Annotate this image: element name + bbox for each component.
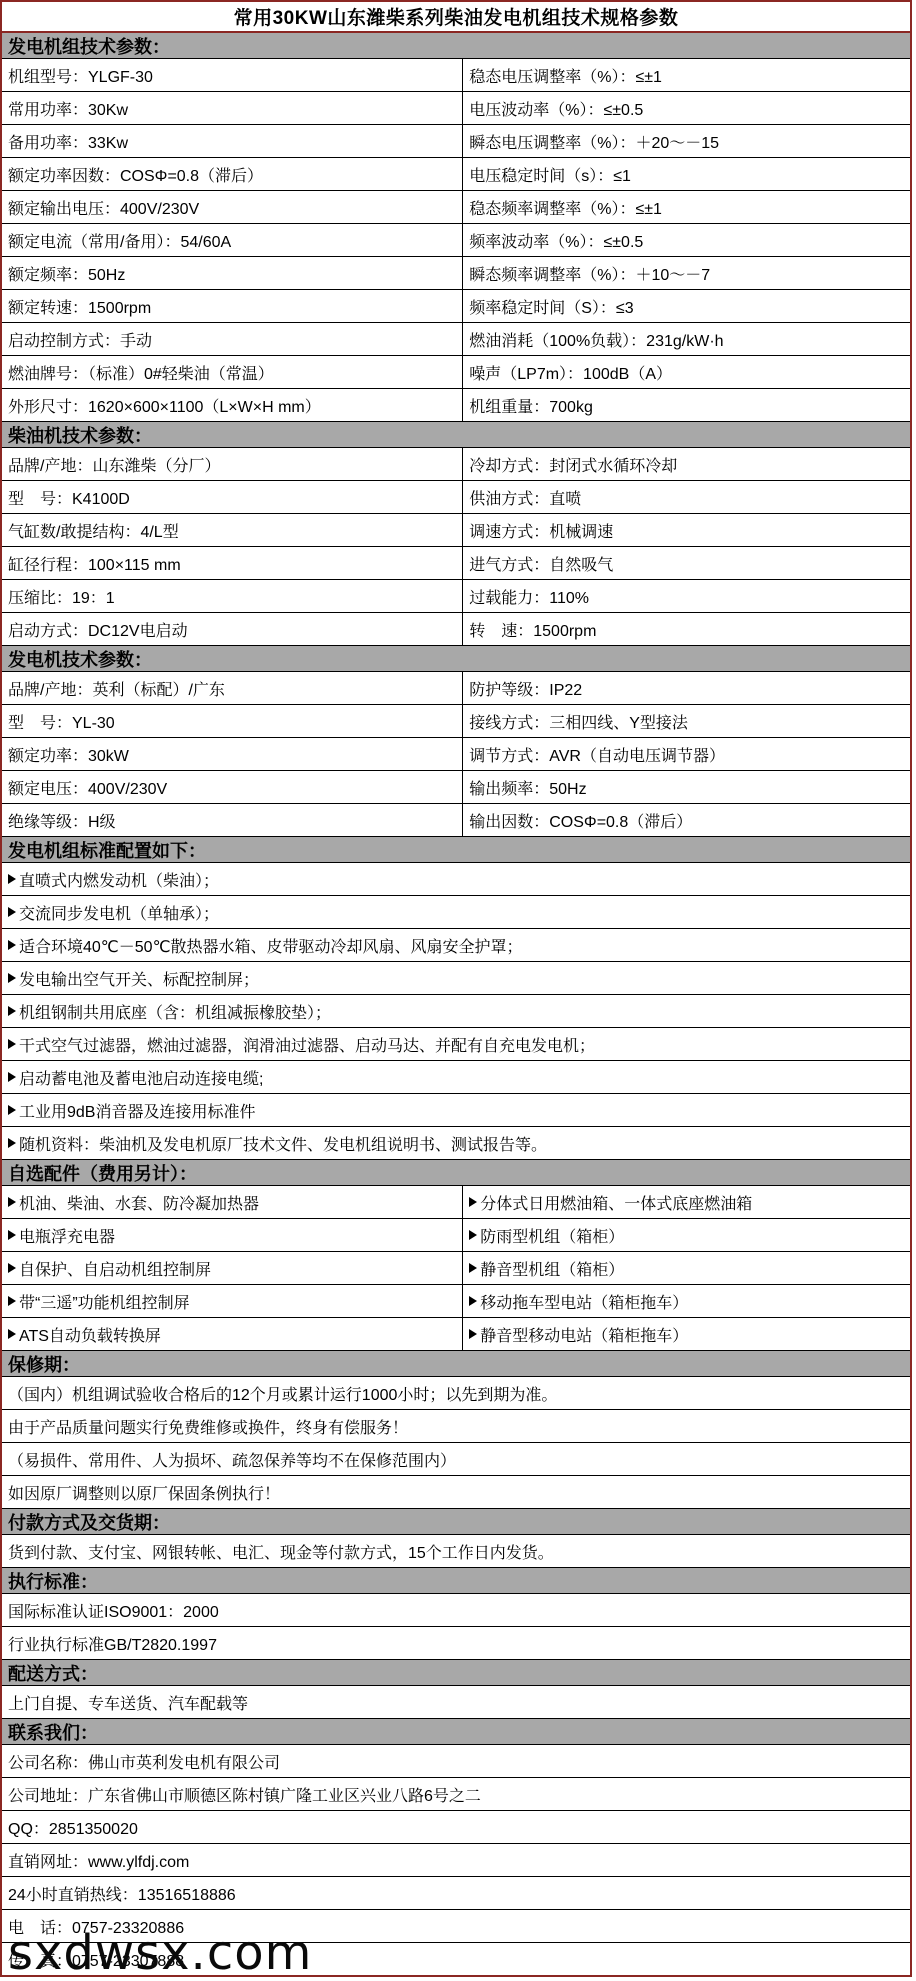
spec-cell-right: 静音型移动电站（箱柜拖车） bbox=[463, 1318, 910, 1350]
cell-text: 交流同步发电机（单轴承）； bbox=[19, 901, 219, 924]
spec-cell-full: 货到付款、支付宝、网银转帐、电汇、现金等付款方式，15个工作日内发货。 bbox=[2, 1535, 910, 1567]
cell-text: 稳态频率调整率（%）：≤±1 bbox=[469, 196, 662, 219]
table-row: 常用功率：30Kw电压波动率（%）：≤±0.5 bbox=[2, 92, 910, 125]
cell-text: 启动蓄电池及蓄电池启动连接电缆; bbox=[19, 1066, 263, 1089]
table-row: 公司名称：佛山市英利发电机有限公司 bbox=[2, 1745, 910, 1778]
cell-text: ATS自动负载转换屏 bbox=[19, 1323, 161, 1346]
spec-cell-left: 型 号：K4100D bbox=[2, 481, 463, 513]
table-row: 直喷式内燃发动机（柴油）； bbox=[2, 863, 910, 896]
table-row: 启动蓄电池及蓄电池启动连接电缆; bbox=[2, 1061, 910, 1094]
spec-cell-full: 如因原厂调整则以原厂保固条例执行！ bbox=[2, 1476, 910, 1508]
section-header: 配送方式： bbox=[2, 1660, 910, 1686]
spec-cell-right: 转 速：1500rpm bbox=[463, 613, 910, 645]
arrow-bullet-icon bbox=[8, 1263, 16, 1273]
spec-cell-left: 绝缘等级：H级 bbox=[2, 804, 463, 836]
spec-cell-full: 上门自提、专车送货、汽车配载等 bbox=[2, 1686, 910, 1718]
section-header: 保修期： bbox=[2, 1351, 910, 1377]
cell-text: 输出因数：COSΦ=0.8（滞后） bbox=[469, 809, 692, 832]
cell-text: 燃油消耗（100%负载）：231g/kW·h bbox=[469, 328, 723, 351]
cell-text: （易损件、常用件、人为损坏、疏忽保养等均不在保修范围内） bbox=[8, 1448, 456, 1471]
spec-cell-right: 稳态频率调整率（%）：≤±1 bbox=[463, 191, 910, 223]
arrow-bullet-icon bbox=[8, 1296, 16, 1306]
cell-text: 常用功率：30Kw bbox=[8, 97, 128, 120]
cell-text: 上门自提、专车送货、汽车配载等 bbox=[8, 1691, 248, 1714]
cell-text: 传 真：0757-23307888 bbox=[8, 1948, 184, 1971]
section-header: 付款方式及交货期： bbox=[2, 1509, 910, 1535]
spec-cell-right: 燃油消耗（100%负载）：231g/kW·h bbox=[463, 323, 910, 355]
table-row: 自保护、自启动机组控制屏静音型机组（箱柜） bbox=[2, 1252, 910, 1285]
table-row: 24小时直销热线：13516518886 bbox=[2, 1877, 910, 1910]
section-header: 执行标准： bbox=[2, 1568, 910, 1594]
arrow-bullet-icon bbox=[8, 1006, 16, 1016]
cell-text: 备用功率：33Kw bbox=[8, 130, 128, 153]
spec-cell-left: 燃油牌号：（标准）0#轻柴油（常温） bbox=[2, 356, 463, 388]
spec-cell-full: 工业用9dB消音器及连接用标准件 bbox=[2, 1094, 910, 1126]
section-header-label: 发电机组标准配置如下： bbox=[8, 837, 206, 863]
table-row: 型 号：YL-30接线方式：三相四线、Y型接法 bbox=[2, 705, 910, 738]
cell-text: 冷却方式：封闭式水循环冷却 bbox=[469, 453, 677, 476]
spec-cell-full: 由于产品质量问题实行免费维修或换件，终身有偿服务！ bbox=[2, 1410, 910, 1442]
section-header: 发电机组标准配置如下： bbox=[2, 837, 910, 863]
page-title: 常用30KW山东潍柴系列柴油发电机组技术规格参数 bbox=[2, 2, 910, 33]
cell-text: 品牌/产地：英利（标配）/广东 bbox=[8, 677, 225, 700]
cell-text: 国际标准认证ISO9001：2000 bbox=[8, 1599, 219, 1622]
cell-text: 型 号：K4100D bbox=[8, 486, 130, 509]
table-row: 工业用9dB消音器及连接用标准件 bbox=[2, 1094, 910, 1127]
section-header-label: 保修期： bbox=[8, 1351, 80, 1377]
spec-cell-full: 公司地址：广东省佛山市顺德区陈村镇广隆工业区兴业八路6号之二 bbox=[2, 1778, 910, 1810]
table-row: 直销网址：www.ylfdj.com bbox=[2, 1844, 910, 1877]
table-row: 传 真：0757-23307888 bbox=[2, 1943, 910, 1975]
table-row: 缸径行程：100×115 mm进气方式：自然吸气 bbox=[2, 547, 910, 580]
section-header: 自选配件（费用另计）： bbox=[2, 1160, 910, 1186]
cell-text: 干式空气过滤器，燃油过滤器，润滑油过滤器、启动马达、并配有自充电发电机； bbox=[19, 1033, 595, 1056]
arrow-bullet-icon bbox=[8, 1138, 16, 1148]
table-row: 启动方式：DC12V电启动转 速：1500rpm bbox=[2, 613, 910, 646]
cell-text: 24小时直销热线：13516518886 bbox=[8, 1882, 236, 1905]
cell-text: 过载能力：110% bbox=[469, 585, 589, 608]
spec-cell-left: 额定功率因数：COSΦ=0.8（滞后） bbox=[2, 158, 463, 190]
table-row: 国际标准认证ISO9001：2000 bbox=[2, 1594, 910, 1627]
table-row: 外形尺寸：1620×600×1100（L×W×H mm）机组重量：700kg bbox=[2, 389, 910, 422]
table-row: 燃油牌号：（标准）0#轻柴油（常温）噪声（LP7m）：100dB（A） bbox=[2, 356, 910, 389]
spec-cell-right: 瞬态电压调整率（%）：＋20～－15 bbox=[463, 125, 910, 157]
spec-cell-full: QQ：2851350020 bbox=[2, 1811, 910, 1843]
spec-cell-full: 国际标准认证ISO9001：2000 bbox=[2, 1594, 910, 1626]
cell-text: 电压稳定时间（s）：≤1 bbox=[469, 163, 631, 186]
cell-text: 分体式日用燃油箱、一体式底座燃油箱 bbox=[480, 1191, 752, 1214]
spec-cell-left: 额定电流（常用/备用）：54/60A bbox=[2, 224, 463, 256]
table-row: 品牌/产地：山东潍柴（分厂）冷却方式：封闭式水循环冷却 bbox=[2, 448, 910, 481]
cell-text: 自保护、自启动机组控制屏 bbox=[19, 1257, 211, 1280]
spec-cell-right: 接线方式：三相四线、Y型接法 bbox=[463, 705, 910, 737]
spec-cell-left: 型 号：YL-30 bbox=[2, 705, 463, 737]
spec-cell-right: 防雨型机组（箱柜） bbox=[463, 1219, 910, 1251]
spec-cell-left: 电瓶浮充电器 bbox=[2, 1219, 463, 1251]
cell-text: 静音型移动电站（箱柜拖车） bbox=[480, 1323, 688, 1346]
spec-cell-right: 稳态电压调整率（%）：≤±1 bbox=[463, 59, 910, 91]
cell-text: 外形尺寸：1620×600×1100（L×W×H mm） bbox=[8, 394, 321, 417]
arrow-bullet-icon bbox=[8, 940, 16, 950]
table-row: 发电输出空气开关、标配控制屏； bbox=[2, 962, 910, 995]
cell-text: 噪声（LP7m）：100dB（A） bbox=[469, 361, 672, 384]
spec-cell-right: 电压稳定时间（s）：≤1 bbox=[463, 158, 910, 190]
arrow-bullet-icon bbox=[8, 1197, 16, 1207]
cell-text: 直喷式内燃发动机（柴油）； bbox=[19, 868, 219, 891]
table-row: 由于产品质量问题实行免费维修或换件，终身有偿服务！ bbox=[2, 1410, 910, 1443]
cell-text: 气缸数/敢提结构：4/L型 bbox=[8, 519, 179, 542]
table-row: 额定转速：1500rpm频率稳定时间（S）：≤3 bbox=[2, 290, 910, 323]
spec-cell-right: 防护等级：IP22 bbox=[463, 672, 910, 704]
spec-cell-right: 冷却方式：封闭式水循环冷却 bbox=[463, 448, 910, 480]
arrow-bullet-icon bbox=[8, 1230, 16, 1240]
table-row: 机组钢制共用底座（含：机组减振橡胶垫）； bbox=[2, 995, 910, 1028]
table-row: 如因原厂调整则以原厂保固条例执行！ bbox=[2, 1476, 910, 1509]
cell-text: 接线方式：三相四线、Y型接法 bbox=[469, 710, 688, 733]
cell-text: 启动控制方式：手动 bbox=[8, 328, 152, 351]
section-header-label: 执行标准： bbox=[8, 1568, 98, 1594]
spec-cell-right: 电压波动率（%）：≤±0.5 bbox=[463, 92, 910, 124]
section-header-label: 配送方式： bbox=[8, 1660, 98, 1686]
spec-cell-left: 外形尺寸：1620×600×1100（L×W×H mm） bbox=[2, 389, 463, 421]
table-row: （国内）机组调试验收合格后的12个月或累计运行1000小时；以先到期为准。 bbox=[2, 1377, 910, 1410]
cell-text: 带“三遥”功能机组控制屏 bbox=[19, 1290, 190, 1313]
cell-text: 货到付款、支付宝、网银转帐、电汇、现金等付款方式，15个工作日内发货。 bbox=[8, 1540, 554, 1563]
spec-cell-full: （易损件、常用件、人为损坏、疏忽保养等均不在保修范围内） bbox=[2, 1443, 910, 1475]
spec-cell-full: 干式空气过滤器，燃油过滤器，润滑油过滤器、启动马达、并配有自充电发电机； bbox=[2, 1028, 910, 1060]
cell-text: 稳态电压调整率（%）：≤±1 bbox=[469, 64, 662, 87]
cell-text: 额定电压：400V/230V bbox=[8, 776, 167, 799]
spec-cell-right: 静音型机组（箱柜） bbox=[463, 1252, 910, 1284]
spec-cell-left: 缸径行程：100×115 mm bbox=[2, 547, 463, 579]
spec-cell-left: 品牌/产地：英利（标配）/广东 bbox=[2, 672, 463, 704]
cell-text: 电 话：0757-23320886 bbox=[8, 1915, 184, 1938]
section-header-label: 自选配件（费用另计）： bbox=[8, 1160, 197, 1186]
table-row: 绝缘等级：H级输出因数：COSΦ=0.8（滞后） bbox=[2, 804, 910, 837]
cell-text: 发电输出空气开关、标配控制屏； bbox=[19, 967, 259, 990]
cell-text: 防雨型机组（箱柜） bbox=[480, 1224, 624, 1247]
cell-text: 额定功率因数：COSΦ=0.8（滞后） bbox=[8, 163, 263, 186]
cell-text: 移动拖车型电站（箱柜拖车） bbox=[480, 1290, 688, 1313]
cell-text: 静音型机组（箱柜） bbox=[480, 1257, 624, 1280]
cell-text: 公司地址：广东省佛山市顺德区陈村镇广隆工业区兴业八路6号之二 bbox=[8, 1783, 481, 1806]
spec-cell-right: 瞬态频率调整率（%）：＋10～－7 bbox=[463, 257, 910, 289]
table-row: ATS自动负载转换屏静音型移动电站（箱柜拖车） bbox=[2, 1318, 910, 1351]
table-row: 启动控制方式：手动燃油消耗（100%负载）：231g/kW·h bbox=[2, 323, 910, 356]
spec-cell-left: 额定电压：400V/230V bbox=[2, 771, 463, 803]
spec-cell-left: 压缩比：19：1 bbox=[2, 580, 463, 612]
cell-text: QQ：2851350020 bbox=[8, 1816, 138, 1839]
cell-text: 额定功率：30kW bbox=[8, 743, 129, 766]
arrow-bullet-icon bbox=[469, 1329, 477, 1339]
table-row: 压缩比：19：1过载能力：110% bbox=[2, 580, 910, 613]
section-header-label: 柴油机技术参数： bbox=[8, 422, 152, 448]
table-row: 干式空气过滤器，燃油过滤器，润滑油过滤器、启动马达、并配有自充电发电机； bbox=[2, 1028, 910, 1061]
table-row: 上门自提、专车送货、汽车配载等 bbox=[2, 1686, 910, 1719]
spec-cell-right: 调速方式：机械调速 bbox=[463, 514, 910, 546]
cell-text: 电瓶浮充电器 bbox=[19, 1224, 115, 1247]
section-header: 柴油机技术参数： bbox=[2, 422, 910, 448]
cell-text: 频率稳定时间（S）：≤3 bbox=[469, 295, 633, 318]
spec-cell-left: ATS自动负载转换屏 bbox=[2, 1318, 463, 1350]
table-row: 机油、柴油、水套、防冷凝加热器分体式日用燃油箱、一体式底座燃油箱 bbox=[2, 1186, 910, 1219]
spec-cell-left: 额定转速：1500rpm bbox=[2, 290, 463, 322]
spec-table: 常用30KW山东潍柴系列柴油发电机组技术规格参数 发电机组技术参数：机组型号：Y… bbox=[0, 0, 912, 1977]
spec-cell-left: 气缸数/敢提结构：4/L型 bbox=[2, 514, 463, 546]
spec-cell-full: 适合环境40℃－50℃散热器水箱、皮带驱动冷却风扇、风扇安全护罩； bbox=[2, 929, 910, 961]
section-header: 发电机组技术参数： bbox=[2, 33, 910, 59]
spec-cell-full: 电 话：0757-23320886 bbox=[2, 1910, 910, 1942]
spec-cell-full: 直喷式内燃发动机（柴油）； bbox=[2, 863, 910, 895]
table-row: 带“三遥”功能机组控制屏移动拖车型电站（箱柜拖车） bbox=[2, 1285, 910, 1318]
spec-cell-left: 启动控制方式：手动 bbox=[2, 323, 463, 355]
arrow-bullet-icon bbox=[469, 1197, 477, 1207]
spec-cell-full: 启动蓄电池及蓄电池启动连接电缆; bbox=[2, 1061, 910, 1093]
table-row: 行业执行标准GB/T2820.1997 bbox=[2, 1627, 910, 1660]
arrow-bullet-icon bbox=[8, 907, 16, 917]
cell-text: 由于产品质量问题实行免费维修或换件，终身有偿服务！ bbox=[8, 1415, 408, 1438]
spec-cell-right: 噪声（LP7m）：100dB（A） bbox=[463, 356, 910, 388]
arrow-bullet-icon bbox=[469, 1263, 477, 1273]
cell-text: 直销网址：www.ylfdj.com bbox=[8, 1849, 189, 1872]
cell-text: 额定输出电压：400V/230V bbox=[8, 196, 199, 219]
cell-text: 防护等级：IP22 bbox=[469, 677, 582, 700]
arrow-bullet-icon bbox=[8, 973, 16, 983]
arrow-bullet-icon bbox=[8, 1105, 16, 1115]
cell-text: 额定转速：1500rpm bbox=[8, 295, 151, 318]
table-row: 型 号：K4100D供油方式：直喷 bbox=[2, 481, 910, 514]
cell-text: 额定电流（常用/备用）：54/60A bbox=[8, 229, 231, 252]
cell-text: 供油方式：直喷 bbox=[469, 486, 581, 509]
table-row: 气缸数/敢提结构：4/L型调速方式：机械调速 bbox=[2, 514, 910, 547]
cell-text: 机组钢制共用底座（含：机组减振橡胶垫）； bbox=[19, 1000, 331, 1023]
table-row: 电瓶浮充电器防雨型机组（箱柜） bbox=[2, 1219, 910, 1252]
section-header: 发电机技术参数： bbox=[2, 646, 910, 672]
spec-cell-left: 额定频率：50Hz bbox=[2, 257, 463, 289]
cell-text: 绝缘等级：H级 bbox=[8, 809, 116, 832]
spec-cell-full: 机组钢制共用底座（含：机组减振橡胶垫）； bbox=[2, 995, 910, 1027]
spec-cell-right: 供油方式：直喷 bbox=[463, 481, 910, 513]
spec-cell-left: 常用功率：30Kw bbox=[2, 92, 463, 124]
spec-cell-left: 额定功率：30kW bbox=[2, 738, 463, 770]
cell-text: 工业用9dB消音器及连接用标准件 bbox=[19, 1099, 255, 1122]
cell-text: 缸径行程：100×115 mm bbox=[8, 552, 181, 575]
table-row: 适合环境40℃－50℃散热器水箱、皮带驱动冷却风扇、风扇安全护罩； bbox=[2, 929, 910, 962]
cell-text: （国内）机组调试验收合格后的12个月或累计运行1000小时；以先到期为准。 bbox=[8, 1382, 557, 1405]
spec-cell-right: 机组重量：700kg bbox=[463, 389, 910, 421]
cell-text: 调速方式：机械调速 bbox=[469, 519, 613, 542]
cell-text: 转 速：1500rpm bbox=[469, 618, 596, 641]
table-row: 随机资料：柴油机及发电机原厂技术文件、发电机组说明书、测试报告等。 bbox=[2, 1127, 910, 1160]
cell-text: 瞬态电压调整率（%）：＋20～－15 bbox=[469, 130, 719, 153]
spec-cell-right: 移动拖车型电站（箱柜拖车） bbox=[463, 1285, 910, 1317]
cell-text: 启动方式：DC12V电启动 bbox=[8, 618, 188, 641]
section-header-label: 付款方式及交货期： bbox=[8, 1509, 170, 1535]
table-row: 公司地址：广东省佛山市顺德区陈村镇广隆工业区兴业八路6号之二 bbox=[2, 1778, 910, 1811]
spec-cell-right: 频率波动率（%）：≤±0.5 bbox=[463, 224, 910, 256]
cell-text: 型 号：YL-30 bbox=[8, 710, 115, 733]
table-body: 发电机组技术参数：机组型号：YLGF-30稳态电压调整率（%）：≤±1常用功率：… bbox=[2, 33, 910, 1975]
spec-cell-left: 品牌/产地：山东潍柴（分厂） bbox=[2, 448, 463, 480]
spec-cell-right: 进气方式：自然吸气 bbox=[463, 547, 910, 579]
spec-cell-left: 自保护、自启动机组控制屏 bbox=[2, 1252, 463, 1284]
spec-cell-right: 调节方式：AVR（自动电压调节器） bbox=[463, 738, 910, 770]
table-row: 交流同步发电机（单轴承）； bbox=[2, 896, 910, 929]
cell-text: 输出频率：50Hz bbox=[469, 776, 586, 799]
spec-cell-right: 分体式日用燃油箱、一体式底座燃油箱 bbox=[463, 1186, 910, 1218]
spec-cell-left: 机组型号：YLGF-30 bbox=[2, 59, 463, 91]
spec-cell-full: 直销网址：www.ylfdj.com bbox=[2, 1844, 910, 1876]
table-row: 额定功率：30kW调节方式：AVR（自动电压调节器） bbox=[2, 738, 910, 771]
table-row: 电 话：0757-23320886 bbox=[2, 1910, 910, 1943]
cell-text: 额定频率：50Hz bbox=[8, 262, 125, 285]
spec-cell-full: （国内）机组调试验收合格后的12个月或累计运行1000小时；以先到期为准。 bbox=[2, 1377, 910, 1409]
table-row: QQ：2851350020 bbox=[2, 1811, 910, 1844]
spec-cell-right: 输出因数：COSΦ=0.8（滞后） bbox=[463, 804, 910, 836]
spec-cell-full: 24小时直销热线：13516518886 bbox=[2, 1877, 910, 1909]
spec-cell-left: 带“三遥”功能机组控制屏 bbox=[2, 1285, 463, 1317]
arrow-bullet-icon bbox=[8, 874, 16, 884]
arrow-bullet-icon bbox=[8, 1039, 16, 1049]
spec-cell-left: 额定输出电压：400V/230V bbox=[2, 191, 463, 223]
spec-cell-full: 交流同步发电机（单轴承）； bbox=[2, 896, 910, 928]
section-header-label: 联系我们： bbox=[8, 1719, 98, 1745]
table-row: 额定功率因数：COSΦ=0.8（滞后）电压稳定时间（s）：≤1 bbox=[2, 158, 910, 191]
cell-text: 机组型号：YLGF-30 bbox=[8, 64, 153, 87]
cell-text: 适合环境40℃－50℃散热器水箱、皮带驱动冷却风扇、风扇安全护罩； bbox=[19, 934, 523, 957]
arrow-bullet-icon bbox=[469, 1296, 477, 1306]
cell-text: 公司名称：佛山市英利发电机有限公司 bbox=[8, 1750, 280, 1773]
spec-cell-full: 公司名称：佛山市英利发电机有限公司 bbox=[2, 1745, 910, 1777]
table-row: 额定电压：400V/230V输出频率：50Hz bbox=[2, 771, 910, 804]
section-header: 联系我们： bbox=[2, 1719, 910, 1745]
cell-text: 品牌/产地：山东潍柴（分厂） bbox=[8, 453, 220, 476]
spec-cell-right: 过载能力：110% bbox=[463, 580, 910, 612]
spec-cell-full: 随机资料：柴油机及发电机原厂技术文件、发电机组说明书、测试报告等。 bbox=[2, 1127, 910, 1159]
spec-cell-full: 发电输出空气开关、标配控制屏； bbox=[2, 962, 910, 994]
cell-text: 频率波动率（%）：≤±0.5 bbox=[469, 229, 643, 252]
table-row: 货到付款、支付宝、网银转帐、电汇、现金等付款方式，15个工作日内发货。 bbox=[2, 1535, 910, 1568]
arrow-bullet-icon bbox=[8, 1329, 16, 1339]
table-row: 品牌/产地：英利（标配）/广东防护等级：IP22 bbox=[2, 672, 910, 705]
cell-text: 压缩比：19：1 bbox=[8, 585, 115, 608]
table-row: 机组型号：YLGF-30稳态电压调整率（%）：≤±1 bbox=[2, 59, 910, 92]
spec-cell-full: 行业执行标准GB/T2820.1997 bbox=[2, 1627, 910, 1659]
table-row: 额定电流（常用/备用）：54/60A频率波动率（%）：≤±0.5 bbox=[2, 224, 910, 257]
cell-text: 进气方式：自然吸气 bbox=[469, 552, 613, 575]
spec-cell-right: 频率稳定时间（S）：≤3 bbox=[463, 290, 910, 322]
cell-text: 燃油牌号：（标准）0#轻柴油（常温） bbox=[8, 361, 274, 384]
arrow-bullet-icon bbox=[469, 1230, 477, 1240]
section-header-label: 发电机组技术参数： bbox=[8, 33, 170, 59]
cell-text: 随机资料：柴油机及发电机原厂技术文件、发电机组说明书、测试报告等。 bbox=[19, 1132, 547, 1155]
spec-cell-left: 备用功率：33Kw bbox=[2, 125, 463, 157]
cell-text: 行业执行标准GB/T2820.1997 bbox=[8, 1632, 217, 1655]
page-title-text: 常用30KW山东潍柴系列柴油发电机组技术规格参数 bbox=[234, 3, 679, 30]
spec-cell-right: 输出频率：50Hz bbox=[463, 771, 910, 803]
arrow-bullet-icon bbox=[8, 1072, 16, 1082]
table-row: 额定频率：50Hz瞬态频率调整率（%）：＋10～－7 bbox=[2, 257, 910, 290]
spec-cell-left: 机油、柴油、水套、防冷凝加热器 bbox=[2, 1186, 463, 1218]
cell-text: 瞬态频率调整率（%）：＋10～－7 bbox=[469, 262, 710, 285]
spec-cell-full: 传 真：0757-23307888 bbox=[2, 1943, 910, 1975]
cell-text: 机油、柴油、水套、防冷凝加热器 bbox=[19, 1191, 259, 1214]
cell-text: 如因原厂调整则以原厂保固条例执行！ bbox=[8, 1481, 280, 1504]
spec-cell-left: 启动方式：DC12V电启动 bbox=[2, 613, 463, 645]
table-row: 备用功率：33Kw瞬态电压调整率（%）：＋20～－15 bbox=[2, 125, 910, 158]
section-header-label: 发电机技术参数： bbox=[8, 646, 152, 672]
table-row: 额定输出电压：400V/230V稳态频率调整率（%）：≤±1 bbox=[2, 191, 910, 224]
cell-text: 机组重量：700kg bbox=[469, 394, 593, 417]
table-row: （易损件、常用件、人为损坏、疏忽保养等均不在保修范围内） bbox=[2, 1443, 910, 1476]
cell-text: 电压波动率（%）：≤±0.5 bbox=[469, 97, 643, 120]
cell-text: 调节方式：AVR（自动电压调节器） bbox=[469, 743, 725, 766]
